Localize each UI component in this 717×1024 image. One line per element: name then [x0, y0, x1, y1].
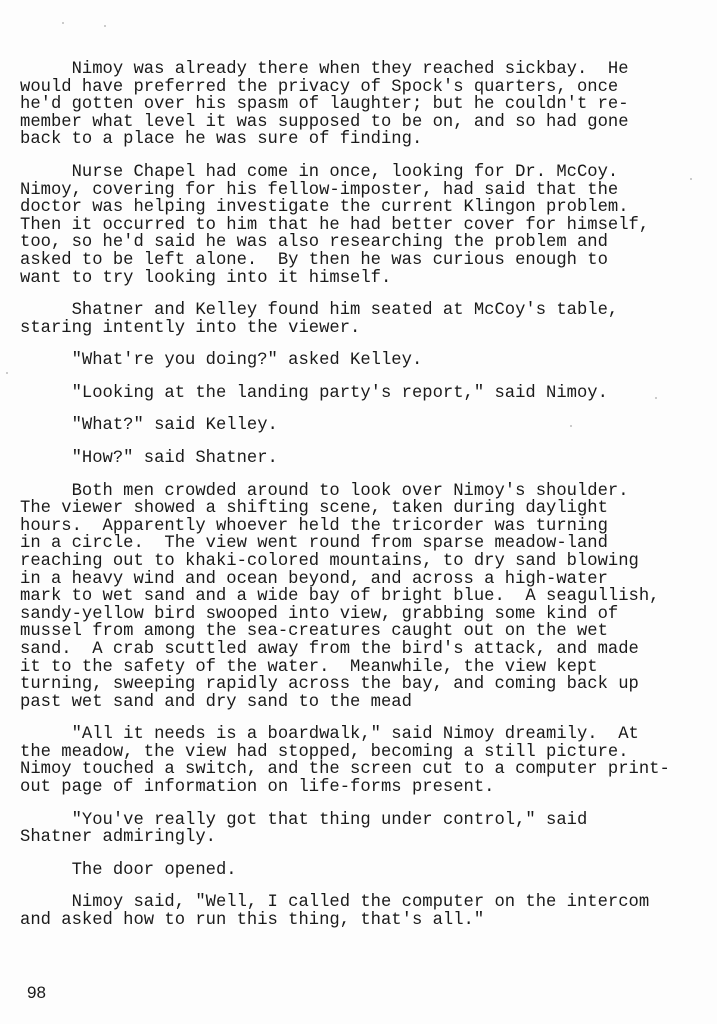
scan-speck	[6, 372, 8, 374]
paragraph-first-line: "All it needs is a boardwalk," said Nimo…	[20, 726, 639, 744]
paragraph-line: The viewer showed a shifting scene, take…	[20, 500, 608, 518]
paragraph-line: in a heavy wind and ocean beyond, and ac…	[20, 571, 608, 589]
paragraph-line: sand. A crab scuttled away from the bird…	[20, 641, 639, 659]
paragraph-line: staring intently into the viewer.	[20, 320, 360, 338]
paragraph-line: hours. Apparently whoever held the trico…	[20, 518, 608, 536]
paragraph-line: reaching out to khaki-colored mountains,…	[20, 553, 639, 571]
scan-speck	[690, 178, 692, 180]
paragraph-line: it to the safety of the water. Meanwhile…	[20, 659, 598, 677]
scan-speck	[62, 22, 64, 24]
paragraph-first-line: Shatner and Kelley found him seated at M…	[20, 302, 618, 320]
paragraph-line: asked to be left alone. By then he was c…	[20, 252, 608, 270]
paragraph-line: want to try looking into it himself.	[20, 270, 391, 288]
paragraph-line: member what level it was supposed to be …	[20, 114, 629, 132]
paragraph-line: past wet sand and dry sand to the mead	[20, 694, 412, 712]
paragraph-line: would have preferred the privacy of Spoc…	[20, 79, 618, 97]
paragraph-line: too, so he'd said he was also researchin…	[20, 234, 608, 252]
paragraph-line: Shatner admiringly.	[20, 829, 216, 847]
paragraph-line: Then it occurred to him that he had bett…	[20, 217, 649, 235]
scan-speck	[104, 25, 106, 27]
paragraph-first-line: Nurse Chapel had come in once, looking f…	[20, 164, 618, 182]
paragraph-line: he'd gotten over his spasm of laughter; …	[20, 96, 629, 114]
paragraph-line: Nimoy, covering for his fellow-imposter,…	[20, 182, 618, 200]
paragraph-first-line: Both men crowded around to look over Nim…	[20, 483, 629, 501]
scan-speck	[655, 397, 657, 399]
paragraph-first-line: "What're you doing?" asked Kelley.	[20, 352, 422, 370]
paragraph-first-line: "You've really got that thing under cont…	[20, 812, 587, 830]
page-number: 98	[27, 984, 46, 1002]
paragraph-line: the meadow, the view had stopped, becomi…	[20, 744, 629, 762]
paragraph-line: doctor was helping investigate the curre…	[20, 199, 629, 217]
paragraph-first-line: "What?" said Kelley.	[20, 417, 278, 435]
paragraph-first-line: The door opened.	[20, 862, 237, 880]
typewritten-page: Nimoy was already there when they reache…	[0, 0, 717, 1024]
paragraph-first-line: Nimoy was already there when they reache…	[20, 61, 629, 79]
paragraph-first-line: "How?" said Shatner.	[20, 450, 278, 468]
paragraph-line: out page of information on life-forms pr…	[20, 779, 494, 797]
paragraph-line: and asked how to run this thing, that's …	[20, 912, 484, 930]
paragraph-line: mark to wet sand and a wide bay of brigh…	[20, 588, 659, 606]
paragraph-first-line: "Looking at the landing party's report,"…	[20, 385, 608, 403]
paragraph-line: turning, sweeping rapidly across the bay…	[20, 676, 639, 694]
paragraph-line: Nimoy touched a switch, and the screen c…	[20, 761, 670, 779]
scan-speck	[570, 425, 572, 427]
paragraph-line: mussel from among the sea-creatures caug…	[20, 623, 608, 641]
paragraph-line: sandy-yellow bird swooped into view, gra…	[20, 606, 618, 624]
paragraph-line: back to a place he was sure of finding.	[20, 131, 422, 149]
paragraph-first-line: Nimoy said, "Well, I called the computer…	[20, 894, 649, 912]
paragraph-line: in a circle. The view went round from sp…	[20, 535, 608, 553]
